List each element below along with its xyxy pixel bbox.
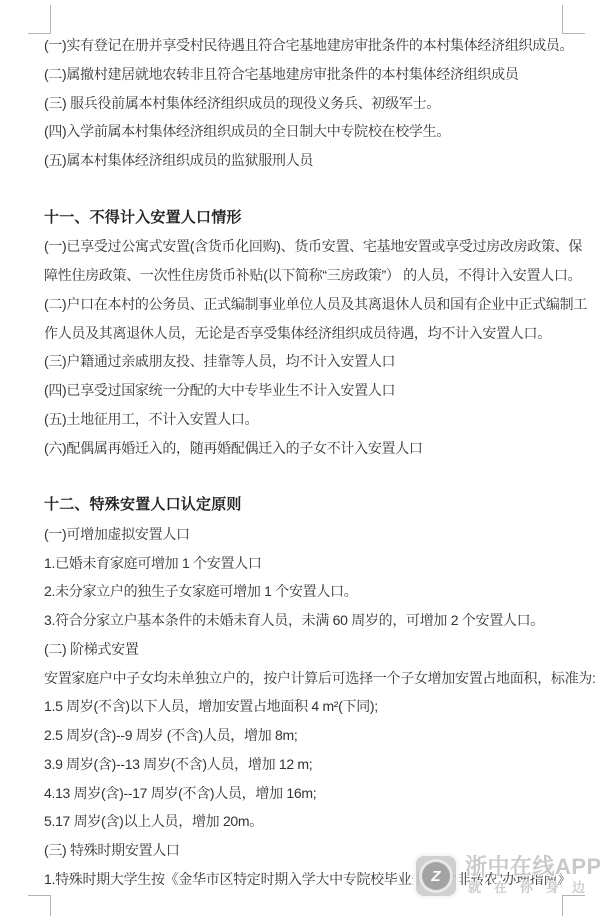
doc-line: (二)户口在本村的公务员、正式编制事业单位人员及其离退休人员和国有企业中正式编制… [44,290,574,319]
doc-line: (四)入学前属本村集体经济组织成员的全日制大中专院校在校学生。 [44,117,574,146]
doc-line: (二)属撤村建居就地农转非且符合宅基地建房审批条件的本村集体经济组织成员 [44,60,574,89]
doc-line: (四)已享受过国家统一分配的大中专毕业生不计入安置人口 [44,376,574,405]
doc-line: (五)土地征用工，不计入安置人口。 [44,405,574,434]
doc-line: 3.9 周岁(含)--13 周岁(不含)人员，增加 12 m; [44,750,574,779]
watermark-title: 浙中在线APP [465,855,600,879]
doc-line: 3.符合分家立户基本条件的未婚未育人员，未满 60 周岁的，可增加 2 个安置人… [44,606,574,635]
blank-line [44,462,574,491]
doc-line: (一)实有登记在册并享受村民待遇且符合宅基地建房审批条件的本村集体经济组织成员。 [44,31,574,60]
document-page: (一)实有登记在册并享受村民待遇且符合宅基地建房审批条件的本村集体经济组织成员。… [0,0,600,916]
doc-line: 5.17 周岁(含)以上人员，增加 20m。 [44,807,574,836]
blank-line [44,175,574,204]
crop-mark-bottom-left [28,895,51,916]
watermark-text: 浙中在线APP 就在你身边 [465,855,600,896]
doc-line: (一)可增加虚拟安置人口 [44,520,574,549]
watermark-subtitle: 就在你身边 [465,880,600,896]
document-body: (一)实有登记在册并享受村民待遇且符合宅基地建房审批条件的本村集体经济组织成员。… [44,31,574,894]
doc-line: 障性住房政策、一次性住房货币补贴(以下简称“三房政策”） 的人员，不得计入安置人… [44,261,574,290]
section-12-heading: 十二、特殊安置人口认定原则 [44,491,574,520]
doc-line: (一)已享受过公寓式安置(含货币化回购)、货币安置、宅基地安置或享受过房改房政策… [44,232,574,261]
app-logo-icon: Z [413,853,459,899]
doc-line: 4.13 周岁(含)--17 周岁(不含)人员，增加 16m; [44,779,574,808]
doc-line: (五)属本村集体经济组织成员的监狱服刑人员 [44,146,574,175]
doc-line: (三)户籍通过亲戚朋友投、挂靠等人员，均不计入安置人口 [44,347,574,376]
doc-line: 1.已婚未育家庭可增加 1 个安置人口 [44,549,574,578]
watermark: Z 浙中在线APP 就在你身边 [413,853,600,899]
section-11-heading: 十一、不得计入安置人口情形 [44,204,574,233]
crop-mark-top-right [562,5,585,34]
doc-line: 2.5 周岁(含)--9 周岁 (不含)人员，增加 8m; [44,721,574,750]
doc-line: 安置家庭户中子女均未单独立户的，按户计算后可选择一个子女增加安置占地面积，标准为… [44,664,574,693]
doc-line: 作人员及其离退休人员，无论是否享受集体经济组织成员待遇，均不计入安置人口。 [44,319,574,348]
crop-mark-top-left [28,5,51,34]
doc-line: 1.5 周岁(不含)以下人员，增加安置占地面积 4 m²(下同); [44,692,574,721]
doc-line: (三) 服兵役前属本村集体经济组织成员的现役义务兵、初级军士。 [44,89,574,118]
doc-line: (二) 阶梯式安置 [44,635,574,664]
app-logo-glyph: Z [419,859,453,893]
doc-line: 2.未分家立户的独生子女家庭可增加 1 个安置人口。 [44,577,574,606]
doc-line: (六)配偶属再婚迁入的，随再婚配偶迁入的子女不计入安置人口 [44,434,574,463]
